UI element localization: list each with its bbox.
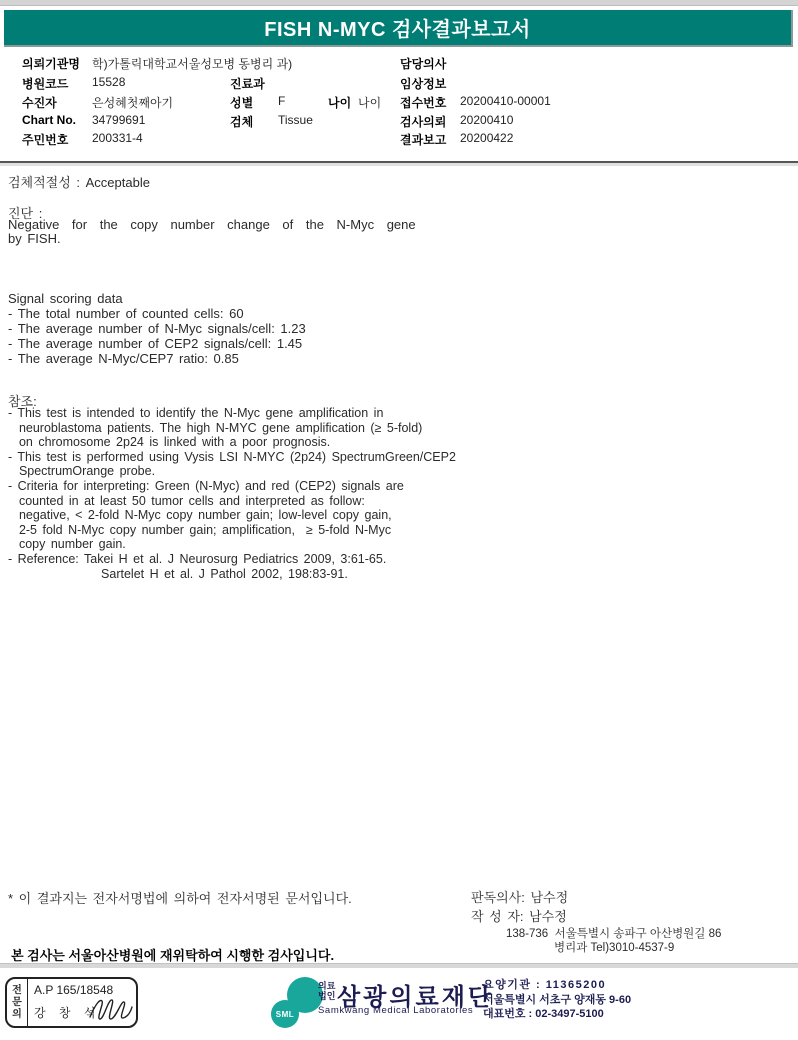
signal-scoring-heading: Signal scoring data: [8, 291, 123, 306]
text-line: - The total number of counted cells: 60: [8, 306, 306, 321]
patient-value: 은성혜첫째아기: [92, 94, 173, 111]
text-line: - This test is intended to identify the …: [8, 406, 456, 421]
specialist-role-vertical: 전 문 의: [7, 979, 28, 1026]
patient-label: 수진자: [22, 94, 57, 111]
text-line: - This test is performed using Vysis LSI…: [8, 450, 456, 465]
sex-label: 성별: [230, 94, 253, 111]
org-name-english: Samkwang Medical Laboratories: [318, 1005, 473, 1016]
role-char: 문: [12, 997, 22, 1009]
reference-list: - This test is intended to identify the …: [8, 406, 456, 581]
text-line: - The average number of N-Myc signals/ce…: [8, 321, 306, 336]
signature-icon: [88, 993, 134, 1023]
department-label: 진료과: [230, 75, 265, 92]
text-line: counted in at least 50 tumor cells and i…: [8, 494, 456, 509]
text-line: on chromosome 2p24 is linked with a poor…: [8, 435, 456, 450]
specimen-label: 검체: [230, 113, 253, 130]
reading-doctor: 판독의사: 남수정: [471, 887, 568, 906]
outsourcing-note: 본 검사는 서울아산병원에 재위탁하여 시행한 검사입니다.: [11, 945, 334, 964]
org-phone: 대표번호 : 02-3497-5100: [483, 1007, 631, 1022]
org-contact-info: 요양기관 : 11365200 서울특별시 서초구 양재동 9-60 대표번호 …: [483, 978, 631, 1022]
window-top-strip: [0, 0, 798, 6]
text-line: - The average N-Myc/CEP7 ratio: 0.85: [8, 351, 306, 366]
clinical-info-label: 임상정보: [400, 75, 446, 92]
report-date-value: 20200422: [460, 131, 513, 145]
role-char: 의: [12, 1009, 22, 1021]
org-address: 서울특별시 서초구 양재동 9-60: [483, 993, 631, 1008]
hospital-code-label: 병원코드: [22, 75, 68, 92]
text-line: - Reference: Takei H et al. J Neurosurg …: [8, 552, 456, 567]
diagnosis-line-2: by FISH.: [8, 231, 61, 246]
text-line: - The average number of CEP2 signals/cel…: [8, 336, 306, 351]
request-date-value: 20200410: [460, 113, 513, 127]
text-line: copy number gain.: [8, 537, 456, 552]
request-date-label: 검사의뢰: [400, 113, 446, 130]
specimen-adequacy: 검체적절성 : Acceptable: [8, 172, 150, 191]
resident-id-label: 주민번호: [22, 131, 68, 148]
chart-no-label: Chart No.: [22, 113, 76, 127]
lab-address-line-2: 병리과 Tel)3010-4537-9: [554, 939, 674, 955]
logo-sml-text: SML: [276, 1010, 294, 1019]
specimen-value: Tissue: [278, 113, 313, 127]
specialist-stamp-box: 전 문 의 A.P 165/18548 강 창 석: [5, 977, 138, 1028]
attending-doctor-label: 담당의사: [400, 55, 446, 72]
org-type-line: 의료: [318, 981, 335, 991]
resident-id-value: 200331-4: [92, 131, 143, 145]
age-label: 나이: [328, 94, 351, 111]
receipt-no-label: 접수번호: [400, 94, 446, 111]
stamp-content: A.P 165/18548 강 창 석: [28, 979, 136, 1026]
logo-sml-icon: SML: [271, 1000, 299, 1028]
diagnosis-line-1: Negative for the copy number change of t…: [8, 217, 416, 232]
requesting-org-label: 의뢰기관명: [22, 55, 80, 72]
role-char: 전: [12, 985, 22, 997]
section-divider: [0, 161, 798, 166]
org-type-line: 법인: [318, 991, 335, 1001]
page-title: FISH N-MYC 검사결과보고서: [264, 13, 530, 42]
text-line: Sartelet H et al. J Pathol 2002, 198:83-…: [8, 567, 456, 582]
text-line: neuroblastoma patients. The high N-MYC g…: [8, 421, 456, 436]
care-org-number: 요양기관 : 11365200: [483, 978, 631, 993]
esignature-note: * 이 결과지는 전자서명법에 의하여 전자서명된 문서입니다.: [8, 888, 352, 907]
report-page: FISH N-MYC 검사결과보고서 의뢰기관명 학)가톨릭대학교서울성모병 동…: [0, 0, 798, 1040]
text-line: - Criteria for interpreting: Green (N-My…: [8, 479, 456, 494]
report-date-label: 결과보고: [400, 131, 446, 148]
org-type-label: 의료 법인: [318, 981, 335, 1001]
receipt-no-value: 20200410-00001: [460, 94, 551, 108]
text-line: 2-5 fold N-Myc copy number gain; amplifi…: [8, 523, 456, 538]
report-writer: 작 성 자: 남수정: [471, 906, 567, 925]
text-line: SpectrumOrange probe.: [8, 464, 456, 479]
age-value: 나이: [358, 94, 381, 111]
chart-no-value: 34799691: [92, 113, 145, 127]
requesting-org-value: 학)가톨릭대학교서울성모병 동병리 과): [92, 55, 292, 72]
text-line: negative, < 2-fold N-Myc copy number gai…: [8, 508, 456, 523]
signal-scoring-list: - The total number of counted cells: 60-…: [8, 306, 306, 366]
sex-value: F: [278, 94, 285, 108]
report-title-bar: FISH N-MYC 검사결과보고서: [4, 10, 793, 47]
hospital-code-value: 15528: [92, 75, 125, 89]
footer-divider: [0, 963, 798, 968]
